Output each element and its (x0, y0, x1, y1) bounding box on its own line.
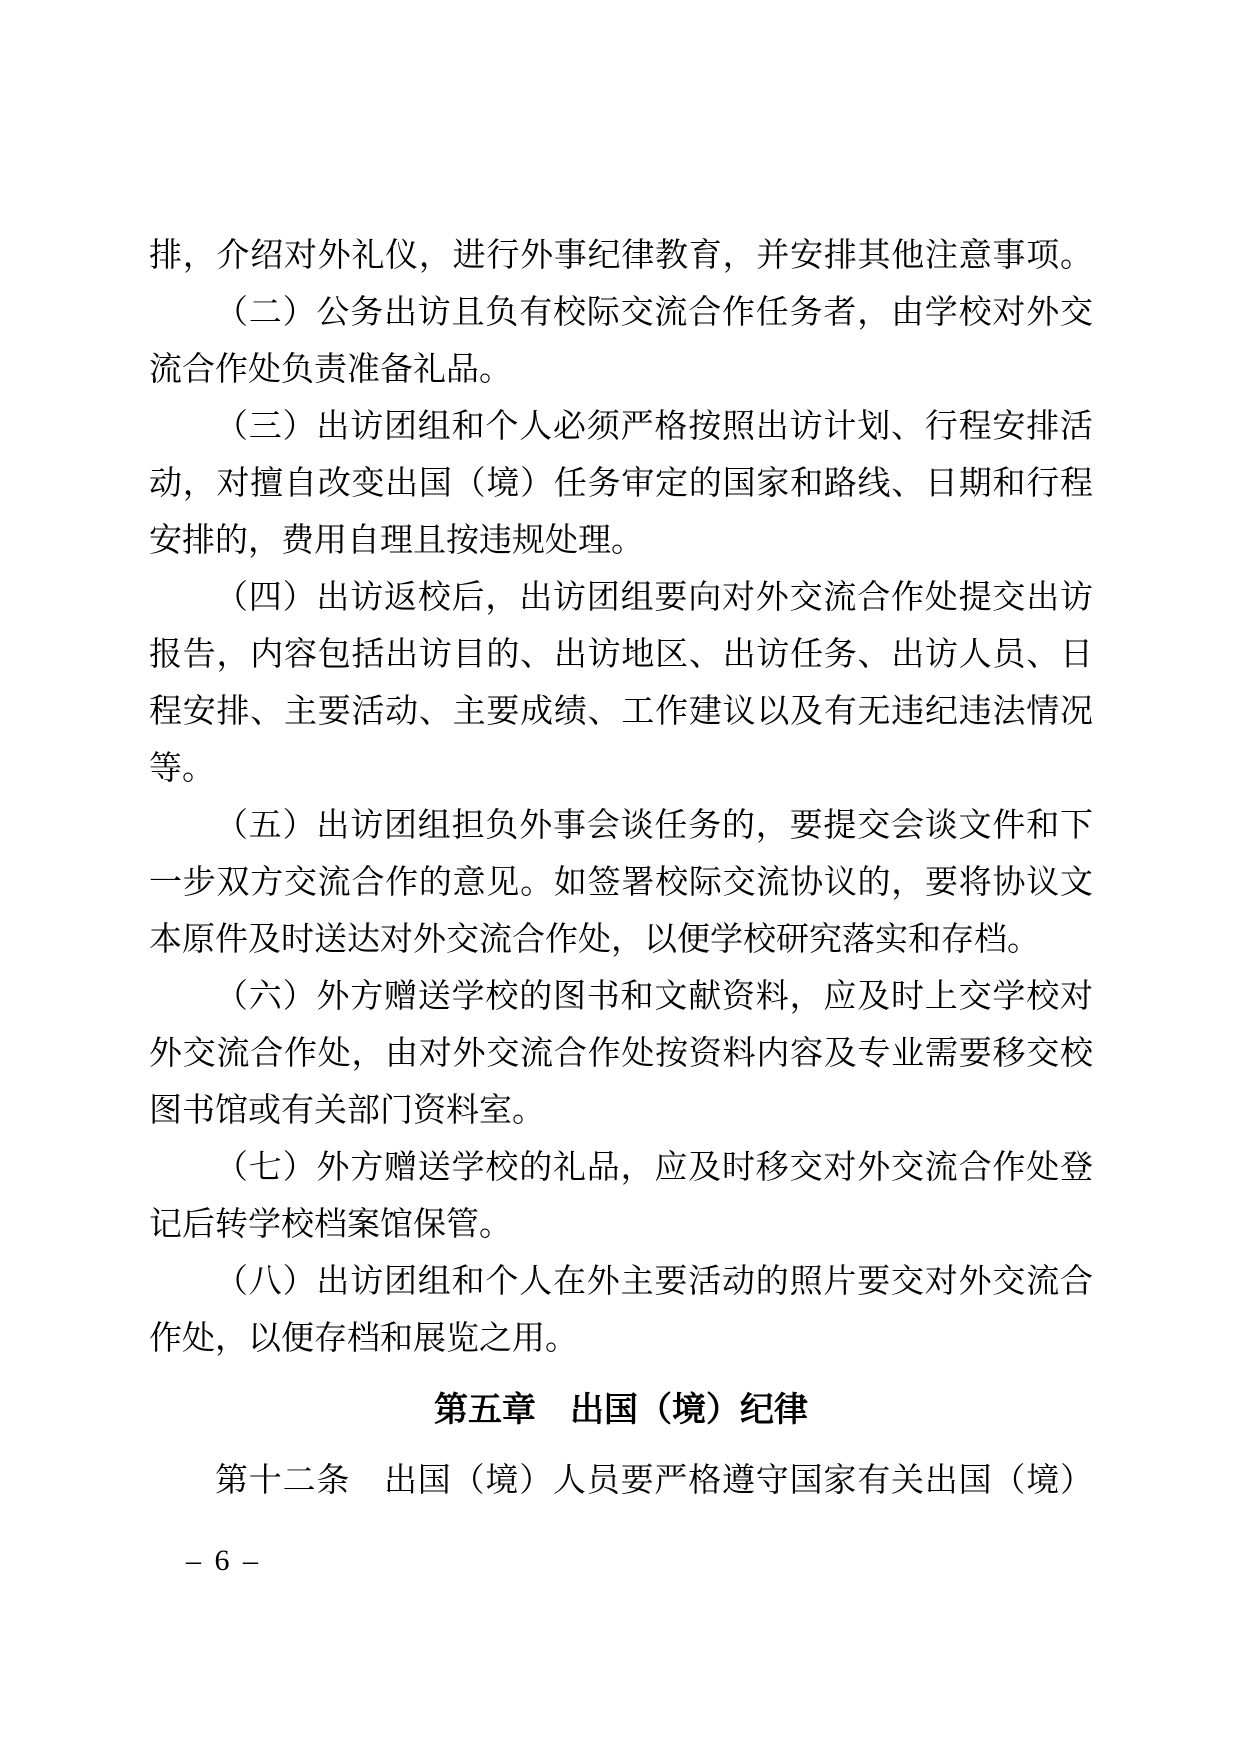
text-line: （四）出访返校后，出访团组要向对外交流合作处提交出访 (149, 570, 1093, 627)
text-line: 图书馆或有关部门资料室。 (149, 1083, 1093, 1140)
text-line: 本原件及时送达对外交流合作处，以便学校研究落实和存档。 (149, 912, 1093, 969)
text-line: 程安排、主要活动、主要成绩、工作建议以及有无违纪违法情况 (149, 684, 1093, 741)
document-body: 排，介绍对外礼仪，进行外事纪律教育，并安排其他注意事项。 （二）公务出访且负有校… (149, 228, 1093, 1510)
text-line: 作处，以便存档和展览之用。 (149, 1311, 1093, 1368)
text-line: （二）公务出访且负有校际交流合作任务者，由学校对外交 (149, 285, 1093, 342)
text-line: 报告，内容包括出访目的、出访地区、出访任务、出访人员、日 (149, 627, 1093, 684)
text-line: （六）外方赠送学校的图书和文献资料，应及时上交学校对 (149, 969, 1093, 1026)
text-line: 等。 (149, 741, 1093, 798)
text-line: （三）出访团组和个人必须严格按照出访计划、行程安排活 (149, 399, 1093, 456)
text-line: 一步双方交流合作的意见。如签署校际交流协议的，要将协议文 (149, 855, 1093, 912)
text-line: 排，介绍对外礼仪，进行外事纪律教育，并安排其他注意事项。 (149, 228, 1093, 285)
text-line: 动，对擅自改变出国（境）任务审定的国家和路线、日期和行程 (149, 456, 1093, 513)
text-line: （五）出访团组担负外事会谈任务的，要提交会谈文件和下 (149, 798, 1093, 855)
chapter-heading: 第五章 出国（境）纪律 (149, 1382, 1093, 1439)
text-line: 流合作处负责准备礼品。 (149, 342, 1093, 399)
page-number: – 6 – (186, 1544, 261, 1578)
text-line: 外交流合作处，由对外交流合作处按资料内容及专业需要移交校 (149, 1026, 1093, 1083)
text-line: 记后转学校档案馆保管。 (149, 1197, 1093, 1254)
text-line: 安排的，费用自理且按违规处理。 (149, 513, 1093, 570)
document-page: 排，介绍对外礼仪，进行外事纪律教育，并安排其他注意事项。 （二）公务出访且负有校… (0, 0, 1240, 1754)
text-line: （七）外方赠送学校的礼品，应及时移交对外交流合作处登 (149, 1140, 1093, 1197)
article-line: 第十二条 出国（境）人员要严格遵守国家有关出国（境） (149, 1453, 1093, 1510)
text-line: （八）出访团组和个人在外主要活动的照片要交对外交流合 (149, 1254, 1093, 1311)
